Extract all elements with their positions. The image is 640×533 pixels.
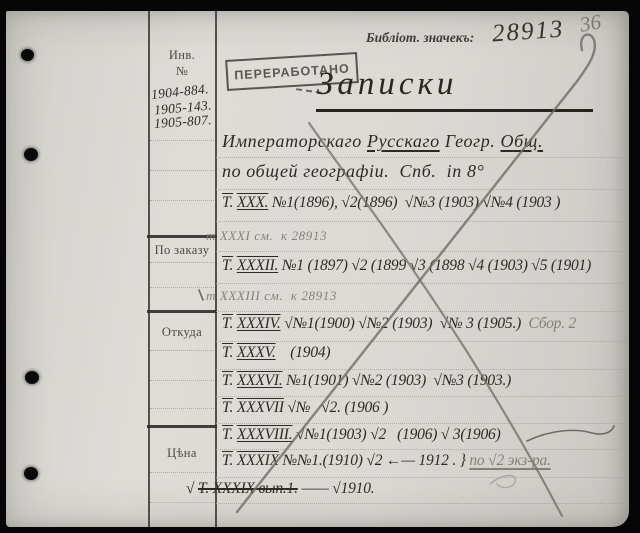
column-rule [150,170,214,171]
column-rule [150,262,214,263]
catalog-line-5: т XXXIII см. к 28913 [206,288,337,304]
line-part: т XXXIII см. к 28913 [206,288,337,303]
column-rule [150,140,214,141]
line-part: Геогр. [440,131,501,151]
line-part: №№1.(1910) √2 ←— 1912 . } [279,452,470,469]
line-part: XXXVII [237,399,284,416]
line-part: XXXIV. [237,315,281,332]
catalog-line-6: Т. XXXIV. √№1(1900) √№2 (1903) √№ 3 (190… [222,315,576,333]
column-rule [150,287,214,288]
inventory-label: Инв. [148,48,216,63]
line-part: (1904) [276,344,331,361]
section-divider [147,310,217,313]
line-part: √№1(1903) √2 (1906) √ 3(1906) [292,426,500,443]
line-part: —— √1910. [298,480,375,497]
catalog-line-1: по общей географіи. Спб. in 8° [222,161,484,182]
ruled-line [216,311,627,312]
punch-hole [24,148,38,161]
ruled-line [216,449,627,450]
punch-hole [25,371,39,384]
catalog-line-12: √ Т. XXXIX вып.1. —— √1910. [186,480,374,498]
card-title: Записки [317,66,457,103]
ruled-line [216,396,627,397]
catalog-line-4: Т. XXXII. №1 (1897) √2 (1899 √3 (1898 √4… [222,257,591,275]
line-part: т XXXI см. к 28913 [206,228,327,243]
line-part: Т. [222,315,233,332]
section-divider [147,425,217,428]
line-part: Т. [222,426,233,443]
section-label-po-zakazu: По заказу [148,243,216,258]
catalog-line-3: т XXXI см. к 28913 [206,228,327,244]
ruled-line [216,341,627,342]
line-part: Т. XXXIX вып.1. [198,480,298,497]
line-part: XXXVI. [237,372,283,389]
title-underline [316,109,593,112]
line-part: √ [186,480,198,497]
line-part: №1(1901) √№2 (1903) √№3 (1903.) [283,372,512,389]
line-part: Т. [222,452,233,469]
column-rule [150,200,214,201]
column-rule [150,380,214,381]
line-part: XXX. [237,194,268,211]
ruled-line [216,369,627,370]
line-part: Сбор. 2 [521,315,576,332]
section-label-tsena: Цѣна [148,446,216,461]
ruled-line [216,157,627,158]
line-part: №1(1896), √2(1896) √№3 (1903) √№4 (1903 … [268,194,560,211]
line-part: Т. [222,344,233,361]
ruled-line [216,189,627,190]
line-part: √№ √2. (1906 ) [284,399,388,416]
catalog-line-7: Т. XXXV. (1904) [222,344,330,362]
line-part: №1 (1897) √2 (1899 √3 (1898 √4 (1903) √5… [278,257,591,274]
line-part: XXXV. [237,344,276,361]
line-part: Т. [222,257,233,274]
catalog-line-11: Т. XXXIX №№1.(1910) √2 ←— 1912 . } по √2… [222,452,551,470]
line-part: XXXIX [237,452,279,469]
ruled-line [216,251,627,252]
line-part: XXXII. [237,257,278,274]
catalog-line-0: Императорскаго Русскаго Геогр. Общ. [222,131,543,152]
ruled-line [216,503,627,504]
punch-hole [21,49,34,61]
ruled-line [216,423,627,424]
catalog-line-8: Т. XXXVI. №1(1901) √№2 (1903) √№3 (1903.… [222,372,511,390]
catalog-line-2: Т. XXX. №1(1896), √2(1896) √№3 (1903) √№… [222,194,560,212]
section-label-otkuda: Откуда [148,325,216,340]
column-rule [150,472,214,473]
punch-hole [24,467,38,480]
catalog-line-9: Т. XXXVII √№ √2. (1906 ) [222,399,388,417]
column-rule [150,408,214,409]
line-part: Императорскаго [222,131,367,151]
ruled-line [216,477,627,478]
line-part: Русскаго [367,131,440,151]
column-rule [150,502,214,503]
line-part: Т. [222,399,233,416]
scanned-catalog-card-page: { "colors": { "paper": "#dcdad5", "ink":… [0,0,640,533]
line-part: по общей географіи. Спб. in 8° [222,161,484,181]
line-part: √№1(1900) √№2 (1903) √№ 3 (1905.) [281,315,522,332]
line-part: по √2 экз-ра. [469,452,550,469]
line-part: Т. [222,372,233,389]
line-part: Т. [222,194,233,211]
corner-pencil-note: 36 [578,9,603,37]
inventory-number-sign: № [148,64,216,79]
line-part: Общ. [501,131,544,151]
column-rule [150,350,214,351]
library-mark-number: 28913 [491,16,565,49]
ruled-line [216,221,627,222]
library-mark-label: Библіот. значекъ: [366,30,474,46]
line-part: XXXVIII. [237,426,293,443]
catalog-line-10: Т. XXXVIII. √№1(1903) √2 (1906) √ 3(1906… [222,426,501,444]
ruled-line [216,283,627,284]
